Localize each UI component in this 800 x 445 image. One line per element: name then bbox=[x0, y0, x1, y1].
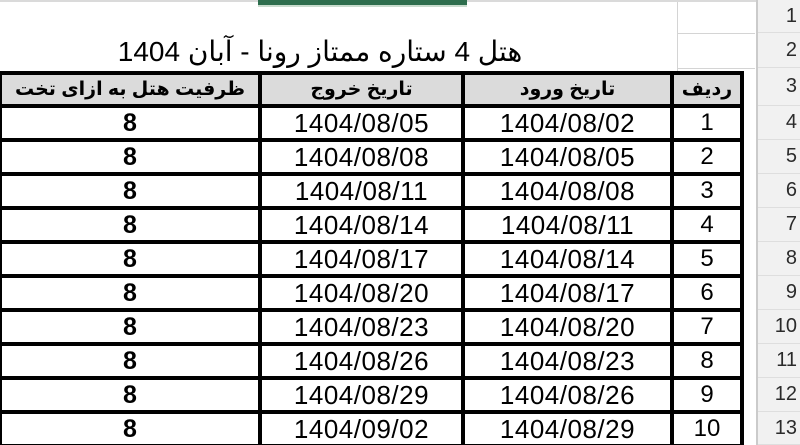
gutter-row-number[interactable]: 6 bbox=[758, 174, 800, 208]
header-row-index[interactable]: ردیف bbox=[674, 75, 740, 104]
checkout-date-cell[interactable]: 1404/08/08 bbox=[262, 142, 461, 172]
row-index-cell[interactable]: 5 bbox=[674, 244, 740, 274]
row-index-cell[interactable]: 8 bbox=[674, 346, 740, 376]
gutter-row-number[interactable]: 8 bbox=[758, 242, 800, 276]
checkout-date-cell[interactable]: 1404/08/20 bbox=[262, 278, 461, 308]
header-checkin-date[interactable]: تاریخ ورود bbox=[465, 75, 670, 104]
gutter-row-number[interactable]: 9 bbox=[758, 276, 800, 310]
capacity-cell[interactable]: 8 bbox=[2, 108, 258, 138]
checkin-date-cell[interactable]: 1404/08/08 bbox=[465, 176, 670, 206]
header-capacity[interactable]: ظرفیت هتل به ازای تخت bbox=[2, 75, 258, 104]
checkin-date-cell[interactable]: 1404/08/17 bbox=[465, 278, 670, 308]
checkout-date-cell[interactable]: 1404/08/05 bbox=[262, 108, 461, 138]
gutter-row-number[interactable]: 5 bbox=[758, 140, 800, 174]
checkin-date-cell[interactable]: 1404/08/14 bbox=[465, 244, 670, 274]
gutter-row-number[interactable]: 3 bbox=[758, 68, 800, 106]
sheet-gridline-vertical bbox=[677, 2, 678, 71]
gutter-row-number[interactable]: 13 bbox=[758, 412, 800, 445]
checkout-date-cell[interactable]: 1404/09/02 bbox=[262, 414, 461, 444]
capacity-cell[interactable]: 8 bbox=[2, 176, 258, 206]
header-checkout-date[interactable]: تاریخ خروج bbox=[262, 75, 461, 104]
gutter-row-number[interactable]: 1 bbox=[758, 0, 800, 33]
checkout-date-cell[interactable]: 1404/08/26 bbox=[262, 346, 461, 376]
row-index-cell[interactable]: 3 bbox=[674, 176, 740, 206]
row-index-cell[interactable]: 1 bbox=[674, 108, 740, 138]
capacity-cell[interactable]: 8 bbox=[2, 278, 258, 308]
gutter-row-number[interactable]: 10 bbox=[758, 310, 800, 344]
checkin-date-cell[interactable]: 1404/08/11 bbox=[465, 210, 670, 240]
row-number-gutter: 12345678910111213 bbox=[756, 0, 800, 445]
gutter-row-number[interactable]: 11 bbox=[758, 344, 800, 378]
gutter-row-number[interactable]: 2 bbox=[758, 33, 800, 68]
row-index-cell[interactable]: 9 bbox=[674, 380, 740, 410]
capacity-cell[interactable]: 8 bbox=[2, 346, 258, 376]
sheet-title-cell[interactable]: هتل 4 ستاره ممتاز رونا - آبان 1404 bbox=[0, 33, 640, 70]
sheet-gridline-horizontal bbox=[677, 33, 755, 34]
capacity-cell[interactable]: 8 bbox=[2, 414, 258, 444]
checkin-date-cell[interactable]: 1404/08/05 bbox=[465, 142, 670, 172]
gutter-row-number[interactable]: 4 bbox=[758, 106, 800, 140]
checkout-date-cell[interactable]: 1404/08/23 bbox=[262, 312, 461, 342]
gutter-row-number[interactable]: 7 bbox=[758, 208, 800, 242]
row-index-cell[interactable]: 7 bbox=[674, 312, 740, 342]
checkin-date-cell[interactable]: 1404/08/29 bbox=[465, 414, 670, 444]
selection-accent-bar bbox=[258, 0, 467, 7]
capacity-cell[interactable]: 8 bbox=[2, 380, 258, 410]
checkout-date-cell[interactable]: 1404/08/29 bbox=[262, 380, 461, 410]
sheet-gridline-horizontal bbox=[677, 68, 755, 69]
hotel-table: ظرفیت هتل به ازای تخت تاریخ خروج تاریخ و… bbox=[0, 71, 744, 445]
checkin-date-cell[interactable]: 1404/08/26 bbox=[465, 380, 670, 410]
checkin-date-cell[interactable]: 1404/08/02 bbox=[465, 108, 670, 138]
checkout-date-cell[interactable]: 1404/08/11 bbox=[262, 176, 461, 206]
row-index-cell[interactable]: 10 bbox=[674, 414, 740, 444]
gutter-row-number[interactable]: 12 bbox=[758, 378, 800, 412]
row-index-cell[interactable]: 4 bbox=[674, 210, 740, 240]
capacity-cell[interactable]: 8 bbox=[2, 142, 258, 172]
capacity-cell[interactable]: 8 bbox=[2, 312, 258, 342]
checkin-date-cell[interactable]: 1404/08/23 bbox=[465, 346, 670, 376]
checkout-date-cell[interactable]: 1404/08/17 bbox=[262, 244, 461, 274]
capacity-cell[interactable]: 8 bbox=[2, 210, 258, 240]
checkin-date-cell[interactable]: 1404/08/20 bbox=[465, 312, 670, 342]
capacity-cell[interactable]: 8 bbox=[2, 244, 258, 274]
row-index-cell[interactable]: 2 bbox=[674, 142, 740, 172]
checkout-date-cell[interactable]: 1404/08/14 bbox=[262, 210, 461, 240]
row-index-cell[interactable]: 6 bbox=[674, 278, 740, 308]
spreadsheet-viewport: هتل 4 ستاره ممتاز رونا - آبان 1404 ظرفیت… bbox=[0, 0, 800, 445]
